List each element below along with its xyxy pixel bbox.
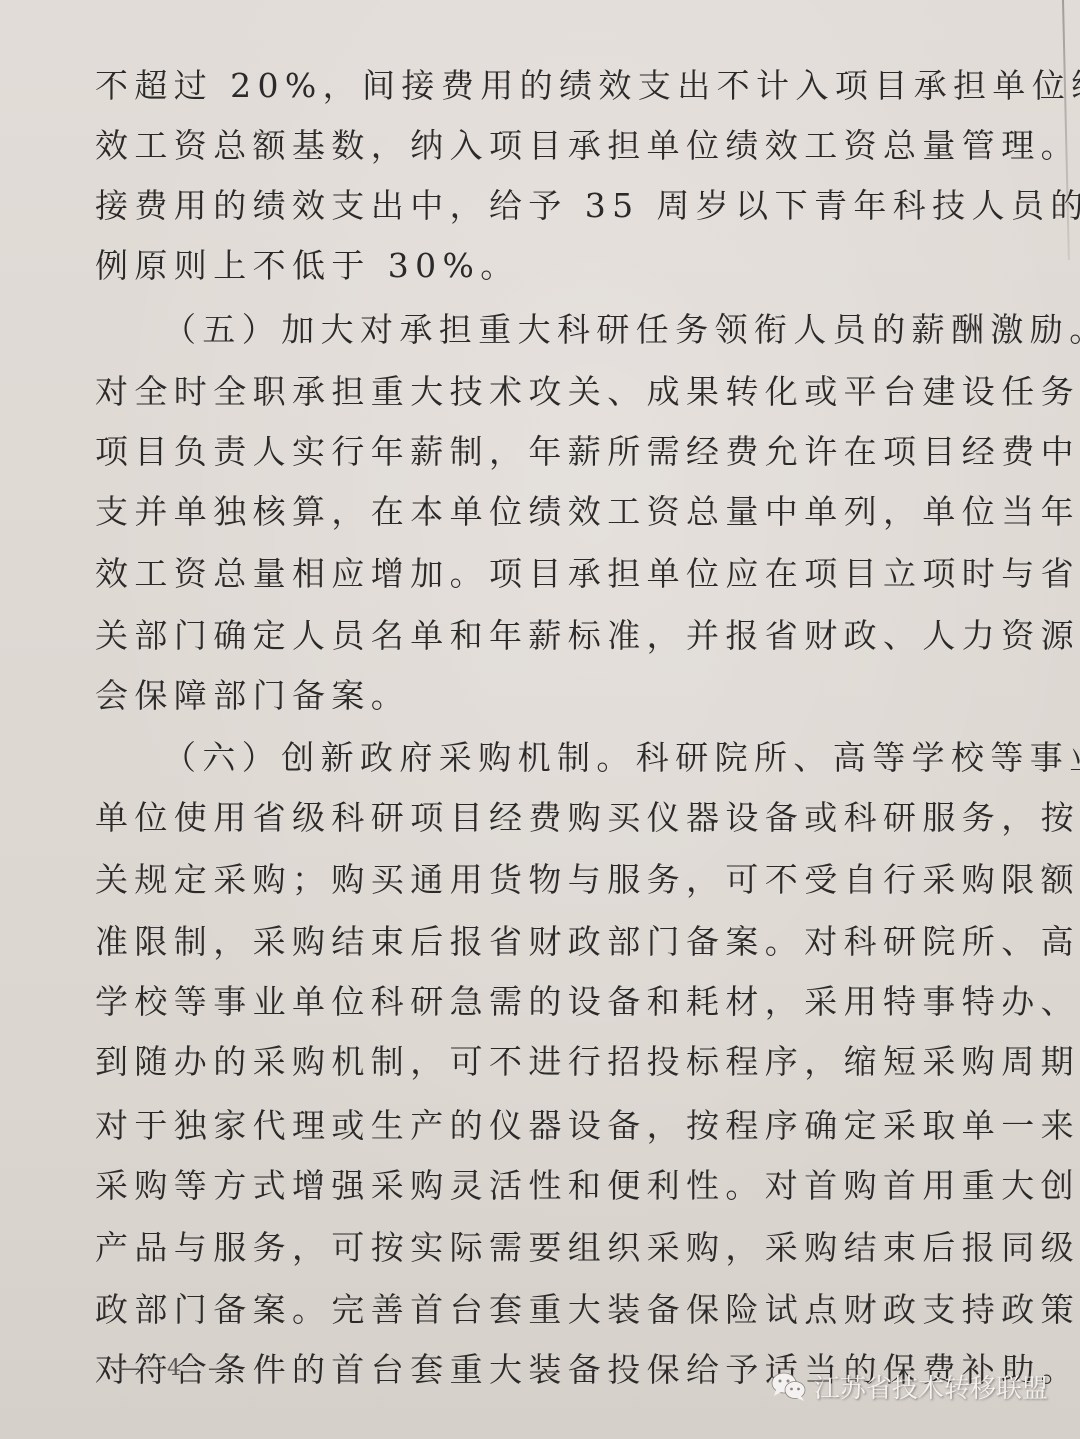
text-line: 效工资总额基数，纳入项目承担单位绩效工资总量管理。间 <box>95 126 1080 166</box>
text-line: 准限制，采购结束后报省财政部门备案。对科研院所、高等 <box>95 922 1080 962</box>
text-line: 单位使用省级科研项目经费购买仪器设备或科研服务，按有 <box>95 798 1080 838</box>
text-line: 关部门确定人员名单和年薪标准，并报省财政、人力资源社 <box>95 616 1080 656</box>
section-heading-6: （六）创新政府采购机制。科研院所、高等学校等事业 <box>163 738 1080 778</box>
text-line: 学校等事业单位科研急需的设备和耗材，采用特事特办、随 <box>95 982 1080 1022</box>
text-line: 不超过 20%，间接费用的绩效支出不计入项目承担单位绩 <box>95 66 1080 106</box>
section-heading-5: （五）加大对承担重大科研任务领衔人员的薪酬激励。 <box>163 310 1080 350</box>
text-line: 接费用的绩效支出中，给予 35 周岁以下青年科技人员的比 <box>95 186 1080 226</box>
text-line: 例原则上不低于 30%。 <box>95 246 520 286</box>
text-line: 产品与服务，可按实际需要组织采购，采购结束后报同级财 <box>95 1228 1080 1268</box>
text-line: 到随办的采购机制，可不进行招投标程序，缩短采购周期； <box>95 1042 1080 1082</box>
text-line: 采购等方式增强采购灵活性和便利性。对首购首用重大创新 <box>95 1166 1080 1206</box>
text-line: 关规定采购；购买通用货物与服务，可不受自行采购限额标 <box>95 860 1080 900</box>
watermark-text: 江苏省技术转移联盟 <box>814 1368 1048 1405</box>
text-line: 项目负责人实行年薪制，年薪所需经费允许在项目经费中列 <box>95 432 1080 472</box>
text-line: 对全时全职承担重大技术攻关、成果转化或平台建设任务的 <box>95 372 1080 412</box>
text-line: 支并单独核算，在本单位绩效工资总量中单列，单位当年绩 <box>95 492 1080 532</box>
text-line: 对于独家代理或生产的仪器设备，按程序确定采取单一来源 <box>95 1106 1080 1146</box>
watermark: 江苏省技术转移联盟 <box>770 1368 1048 1405</box>
text-line: 会保障部门备案。 <box>95 676 410 716</box>
wechat-icon <box>770 1371 808 1403</box>
page-number: — 4 — <box>118 1356 240 1381</box>
text-line: 效工资总量相应增加。项目承担单位应在项目立项时与省有 <box>95 554 1080 594</box>
text-line: 政部门备案。完善首台套重大装备保险试点财政支持政策， <box>95 1290 1080 1330</box>
